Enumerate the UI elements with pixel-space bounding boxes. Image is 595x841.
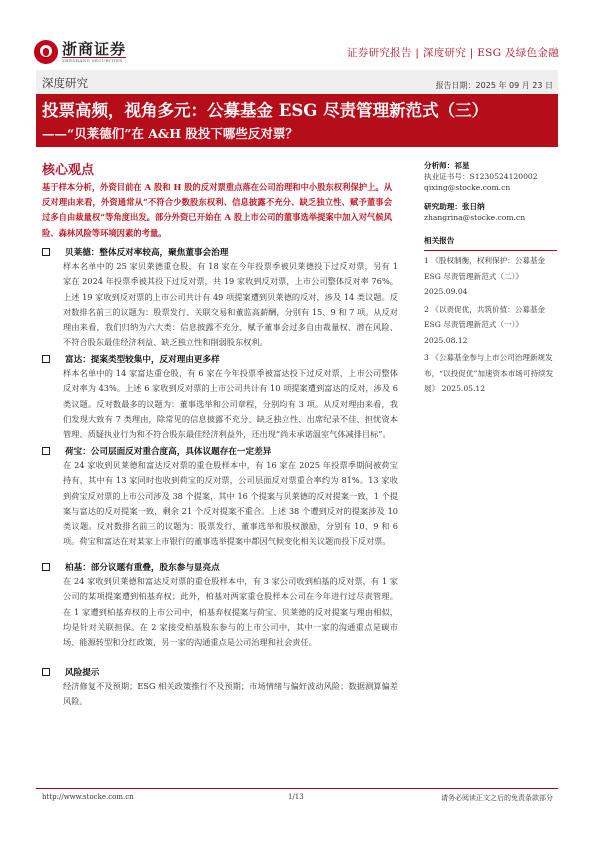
report-subtitle: ——“贝莱德们”在 A&H 股投下哪些反对票？: [42, 124, 298, 142]
section-fidelity: 富达：提案类型较集中，反对理由更多样 样本名单中的 14 家富达重仓股，有 6 …: [42, 352, 398, 442]
checkbox-bullet-icon: [42, 563, 50, 571]
section-heading: 贝莱德：整体反对率较高，聚焦董事会治理: [65, 246, 228, 258]
section-body: 样本名单中的 25 家贝莱德重仓股，有 18 家在今年投票季被贝莱德投下过反对票…: [63, 259, 398, 351]
footer-disclaimer: 请务必阅读正文之后的免责条款部分: [441, 793, 553, 803]
section-body: 经济修复不及预期；ESG 相关政策推行不及预期；市场情绪与偏好波动风险；数据测算…: [63, 679, 398, 710]
footer-divider: [36, 788, 558, 789]
assistant-name: 研究助理：张日纳: [424, 201, 557, 212]
logo-name-en: ZHESHANG SECURITIES: [62, 57, 126, 64]
report-title: 投票高频，视角多元：公募基金 ESG 尽责管理新范式（三）: [42, 97, 488, 121]
checkbox-bullet-icon: [42, 355, 50, 363]
core-view-summary: 基于样本分析，外资目前在 A 股和 H 股的反对票重点落在公司治理和中小股东权利…: [42, 180, 392, 241]
section-robeco: 荷宝：公司层面反对重合度高，具体议题存在一定差异 在 24 家收到贝莱德和富达反…: [42, 444, 398, 550]
section-baillie-gifford: 柏基：部分议题有重叠，股东参与显亮点 在 24 家收到贝莱德和富达反对票的重仓股…: [42, 560, 398, 650]
footer-url[interactable]: http://www.stocke.com.cn: [42, 793, 134, 801]
page-number: 1/13: [288, 793, 304, 801]
section-heading: 风险提示: [65, 666, 99, 678]
section-heading: 荷宝：公司层面反对重合度高，具体议题存在一定差异: [65, 445, 271, 457]
checkbox-bullet-icon: [42, 447, 50, 455]
core-view-heading: 核心观点: [42, 159, 94, 178]
checkbox-bullet-icon: [42, 248, 50, 256]
sidebar: 分析师：祁星 执业证书号：S1230524120002 qixing@stock…: [424, 160, 557, 397]
logo-icon: [34, 40, 58, 64]
section-heading: 柏基：部分议题有重叠，股东参与显亮点: [65, 561, 220, 573]
section-body: 在 24 家收到贝莱德和富达反对票的重仓股样本中，有 16 家在 2025 年投…: [63, 458, 398, 550]
section-heading: 富达：提案类型较集中，反对理由更多样: [65, 353, 220, 365]
related-report-item: 1 《股权制衡，权利保护：公募基金 ESG 尽责管理新范式（二）》 2025.0…: [424, 253, 557, 300]
section-risk: 风险提示 经济修复不及预期；ESG 相关政策推行不及预期；市场情绪与偏好波动风险…: [42, 665, 398, 710]
related-report-item: 3 《公募基金参与上市公司治理新规发布，“以投促优”加速资本市场可持续发展》 2…: [424, 350, 557, 397]
checkbox-bullet-icon: [42, 668, 50, 676]
section-body: 在 24 家收到贝莱德和富达反对票的重仓股样本中，有 3 家公司收到柏基的反对票…: [63, 574, 398, 650]
analyst-cert: 执业证书号：S1230524120002: [424, 171, 557, 182]
analyst-email[interactable]: qixing@stocke.com.cn: [424, 182, 557, 193]
related-reports-heading: 相关报告: [424, 235, 557, 251]
report-categories: 证券研究报告 | 深度研究 | ESG 及绿色金融: [347, 45, 559, 60]
company-logo: 浙商证券 ZHESHANG SECURITIES: [34, 40, 126, 64]
section-body: 样本名单中的 14 家富达重仓股，有 6 家在今年投票季被富达投下过反对票，上市…: [63, 366, 398, 442]
report-date: 报告日期：2025 年 09 月 23 日: [436, 80, 553, 91]
report-type: 深度研究: [42, 75, 88, 91]
analyst-name: 分析师：祁星: [424, 160, 557, 171]
related-report-item: 2 《以责促优，共筑价值：公募基金 ESG 尽责管理新范式（一）》 2025.0…: [424, 302, 557, 349]
assistant-email[interactable]: zhangrina@stocke.com.cn: [424, 212, 557, 223]
logo-name-cn: 浙商证券: [62, 41, 126, 57]
section-blackrock: 贝莱德：整体反对率较高，聚焦董事会治理 样本名单中的 25 家贝莱德重仓股，有 …: [42, 245, 398, 351]
